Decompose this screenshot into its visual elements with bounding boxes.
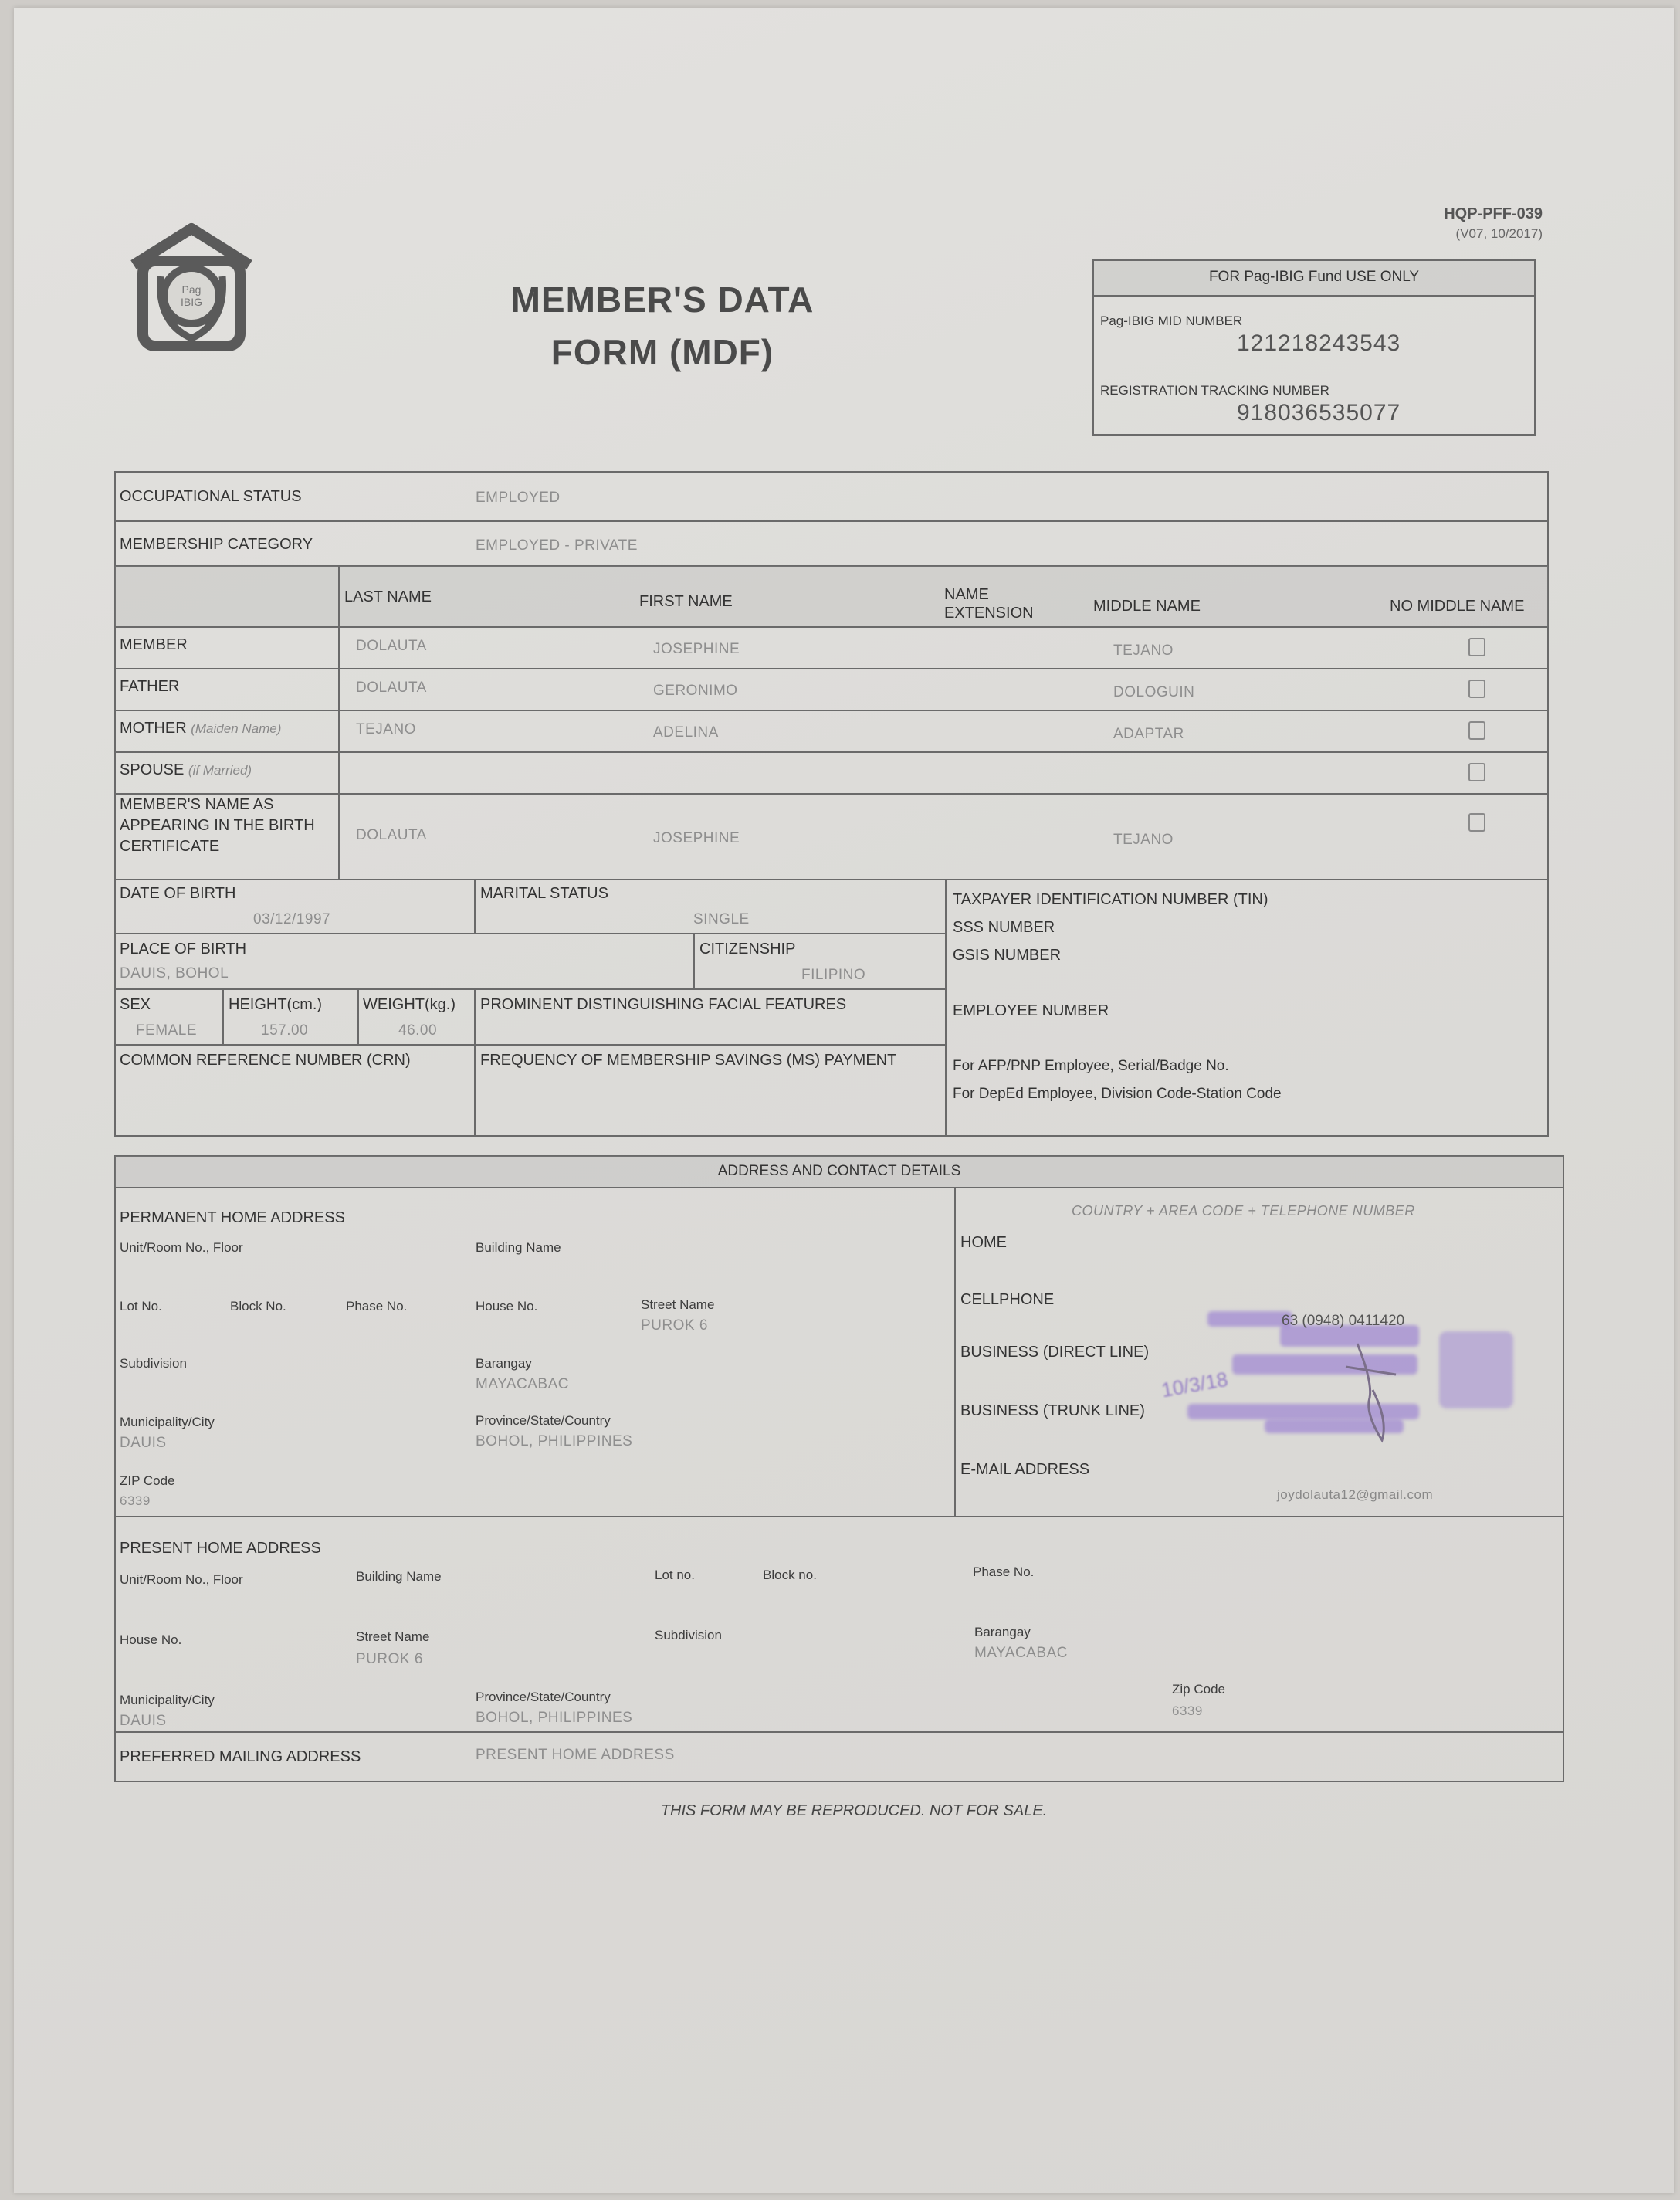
employee-number-label: EMPLOYEE NUMBER (953, 1002, 1109, 1020)
first-name-value[interactable]: JOSEPHINE (653, 830, 740, 847)
pres-unit-label: Unit/Room No., Floor (120, 1572, 243, 1588)
pres-street-label: Street Name (356, 1629, 429, 1645)
middle-name-value[interactable]: ADAPTAR (1113, 726, 1184, 743)
membership-category-label: MEMBERSHIP CATEGORY (120, 536, 313, 554)
perm-street-label: Street Name (641, 1297, 714, 1313)
name-row-label: MEMBER'S NAME AS APPEARING IN THE BIRTH … (120, 795, 336, 857)
perm-street-value[interactable]: PUROK 6 (641, 1317, 708, 1334)
preferred-mailing-value[interactable]: PRESENT HOME ADDRESS (476, 1747, 675, 1764)
height-label: HEIGHT(cm.) (229, 996, 322, 1014)
registration-tracking-label: REGISTRATION TRACKING NUMBER (1100, 383, 1329, 398)
mid-number-value: 121218243543 (1237, 331, 1401, 357)
header-middle-name: MIDDLE NAME (1093, 598, 1201, 615)
preferred-mailing-label: PREFERRED MAILING ADDRESS (120, 1748, 361, 1766)
perm-municipality-label: Municipality/City (120, 1415, 215, 1430)
perm-municipality-value[interactable]: DAUIS (120, 1435, 167, 1452)
email-value[interactable]: joydolauta12@gmail.com (1277, 1487, 1433, 1503)
pres-house-label: House No. (120, 1632, 181, 1648)
permanent-address-title: PERMANENT HOME ADDRESS (120, 1209, 345, 1227)
header-last-name: LAST NAME (344, 588, 432, 606)
occupational-status-value[interactable]: EMPLOYED (476, 490, 561, 507)
perm-phase-label: Phase No. (346, 1299, 407, 1314)
perm-barangay-label: Barangay (476, 1356, 532, 1371)
perm-house-label: House No. (476, 1299, 537, 1314)
name-row-label: SPOUSE (if Married) (120, 761, 252, 779)
last-name-value[interactable]: DOLAUTA (356, 827, 427, 844)
email-label: E-MAIL ADDRESS (960, 1461, 1089, 1479)
pres-subdivision-label: Subdivision (655, 1628, 722, 1643)
address-contact-section (114, 1155, 1564, 1782)
form-code: HQP-PFF-039 (V07, 10/2017) (1388, 205, 1543, 242)
last-name-value[interactable]: TEJANO (356, 721, 416, 738)
fund-use-only-box: FOR Pag-IBIG Fund USE ONLY Pag-IBIG MID … (1092, 259, 1536, 436)
business-trunk-label: BUSINESS (TRUNK LINE) (960, 1402, 1145, 1420)
address-section-title: ADDRESS AND CONTACT DETAILS (114, 1163, 1564, 1180)
fund-use-heading: FOR Pag-IBIG Fund USE ONLY (1094, 269, 1534, 286)
title-line-2: FORM (MDF) (446, 326, 879, 378)
perm-zip-value[interactable]: 6339 (120, 1493, 151, 1509)
membership-category-value[interactable]: EMPLOYED - PRIVATE (476, 537, 638, 554)
last-name-value[interactable]: DOLAUTA (356, 680, 427, 697)
business-direct-label: BUSINESS (DIRECT LINE) (960, 1344, 1149, 1361)
name-row-label: FATHER (120, 678, 179, 696)
pres-block-label: Block no. (763, 1568, 817, 1583)
perm-province-value[interactable]: BOHOL, PHILIPPINES (476, 1433, 632, 1450)
pres-municipality-value[interactable]: DAUIS (120, 1713, 167, 1730)
pres-barangay-value[interactable]: MAYACABAC (974, 1645, 1068, 1662)
middle-name-value[interactable]: TEJANO (1113, 832, 1174, 849)
place-of-birth-label: PLACE OF BIRTH (120, 941, 246, 958)
middle-name-value[interactable]: DOLOGUIN (1113, 684, 1194, 701)
marital-status-label: MARITAL STATUS (480, 885, 608, 903)
pres-municipality-label: Municipality/City (120, 1693, 215, 1708)
pres-zip-value[interactable]: 6339 (1172, 1703, 1203, 1719)
no-middle-name-checkbox[interactable] (1468, 813, 1485, 832)
occupational-status-label: OCCUPATIONAL STATUS (120, 488, 302, 506)
footer-note: THIS FORM MAY BE REPRODUCED. NOT FOR SAL… (14, 1802, 1680, 1820)
facial-features-label: PROMINENT DISTINGUISHING FACIAL FEATURES (480, 996, 846, 1014)
dob-value[interactable]: 03/12/1997 (253, 911, 330, 928)
perm-zip-label: ZIP Code (120, 1473, 175, 1489)
pres-lot-label: Lot no. (655, 1568, 695, 1583)
weight-label: WEIGHT(kg.) (363, 996, 456, 1014)
pag-ibig-house-logo-icon: Pag IBIG (126, 222, 257, 354)
pres-province-label: Province/State/Country (476, 1690, 611, 1705)
sex-label: SEX (120, 996, 151, 1014)
page-title: MEMBER'S DATA FORM (MDF) (446, 273, 879, 378)
citizenship-value[interactable]: FILIPINO (801, 967, 865, 984)
pres-zip-label: Zip Code (1172, 1682, 1225, 1697)
crn-label: COMMON REFERENCE NUMBER (CRN) (120, 1052, 411, 1069)
phone-format-hint: COUNTRY + AREA CODE + TELEPHONE NUMBER (1072, 1203, 1415, 1219)
last-name-value[interactable]: DOLAUTA (356, 638, 427, 655)
middle-name-value[interactable]: TEJANO (1113, 642, 1174, 659)
no-middle-name-checkbox[interactable] (1468, 721, 1485, 740)
afp-pnp-label: For AFP/PNP Employee, Serial/Badge No. (953, 1058, 1229, 1075)
weight-value[interactable]: 46.00 (398, 1022, 437, 1039)
ms-payment-frequency-label: FREQUENCY OF MEMBERSHIP SAVINGS (MS) PAY… (480, 1052, 896, 1069)
mid-number-label: Pag-IBIG MID NUMBER (1100, 314, 1242, 329)
header-first-name: FIRST NAME (639, 593, 733, 611)
sss-label: SSS NUMBER (953, 919, 1055, 937)
header-no-middle-name: NO MIDDLE NAME (1390, 598, 1524, 615)
dob-label: DATE OF BIRTH (120, 885, 235, 903)
svg-text:IBIG: IBIG (181, 296, 202, 308)
pres-building-label: Building Name (356, 1569, 442, 1585)
registration-tracking-value: 918036535077 (1237, 400, 1401, 426)
no-middle-name-checkbox[interactable] (1468, 680, 1485, 698)
pres-barangay-label: Barangay (974, 1625, 1031, 1640)
pres-province-value[interactable]: BOHOL, PHILIPPINES (476, 1710, 632, 1727)
height-value[interactable]: 157.00 (261, 1022, 308, 1039)
perm-subdivision-label: Subdivision (120, 1356, 187, 1371)
tin-label: TAXPAYER IDENTIFICATION NUMBER (TIN) (953, 891, 1268, 909)
perm-block-label: Block No. (230, 1299, 286, 1314)
pres-phase-label: Phase No. (973, 1564, 1034, 1580)
svg-text:Pag: Pag (182, 283, 202, 296)
pres-street-value[interactable]: PUROK 6 (356, 1651, 423, 1668)
name-row-label: MOTHER (Maiden Name) (120, 720, 281, 737)
signature-mark (1342, 1336, 1404, 1444)
perm-province-label: Province/State/Country (476, 1413, 611, 1429)
cellphone-label: CELLPHONE (960, 1291, 1054, 1309)
perm-building-label: Building Name (476, 1240, 561, 1256)
first-name-value[interactable]: ADELINA (653, 724, 719, 741)
deped-label: For DepEd Employee, Division Code-Statio… (953, 1086, 1282, 1103)
no-middle-name-checkbox[interactable] (1468, 638, 1485, 656)
cellphone-value[interactable]: 63 (0948) 0411420 (1282, 1313, 1404, 1330)
present-address-title: PRESENT HOME ADDRESS (120, 1540, 321, 1558)
form-page: Pag IBIG MEMBER'S DATA FORM (MDF) HQP-PF… (14, 8, 1674, 2193)
perm-barangay-value[interactable]: MAYACABAC (476, 1376, 569, 1393)
first-name-value[interactable]: JOSEPHINE (653, 641, 740, 658)
no-middle-name-checkbox[interactable] (1468, 763, 1485, 781)
home-phone-label: HOME (960, 1234, 1007, 1252)
marital-status-value[interactable]: SINGLE (693, 911, 750, 928)
sex-value[interactable]: FEMALE (136, 1022, 197, 1039)
place-of-birth-value[interactable]: DAUIS, BOHOL (120, 965, 229, 982)
perm-lot-label: Lot No. (120, 1299, 162, 1314)
header-name-extension: NAMEEXTENSION (944, 585, 1034, 622)
perm-unit-label: Unit/Room No., Floor (120, 1240, 243, 1256)
gsis-label: GSIS NUMBER (953, 947, 1061, 964)
title-line-1: MEMBER'S DATA (446, 273, 879, 326)
first-name-value[interactable]: GERONIMO (653, 683, 738, 700)
citizenship-label: CITIZENSHIP (699, 941, 795, 958)
name-row-label: MEMBER (120, 636, 188, 654)
